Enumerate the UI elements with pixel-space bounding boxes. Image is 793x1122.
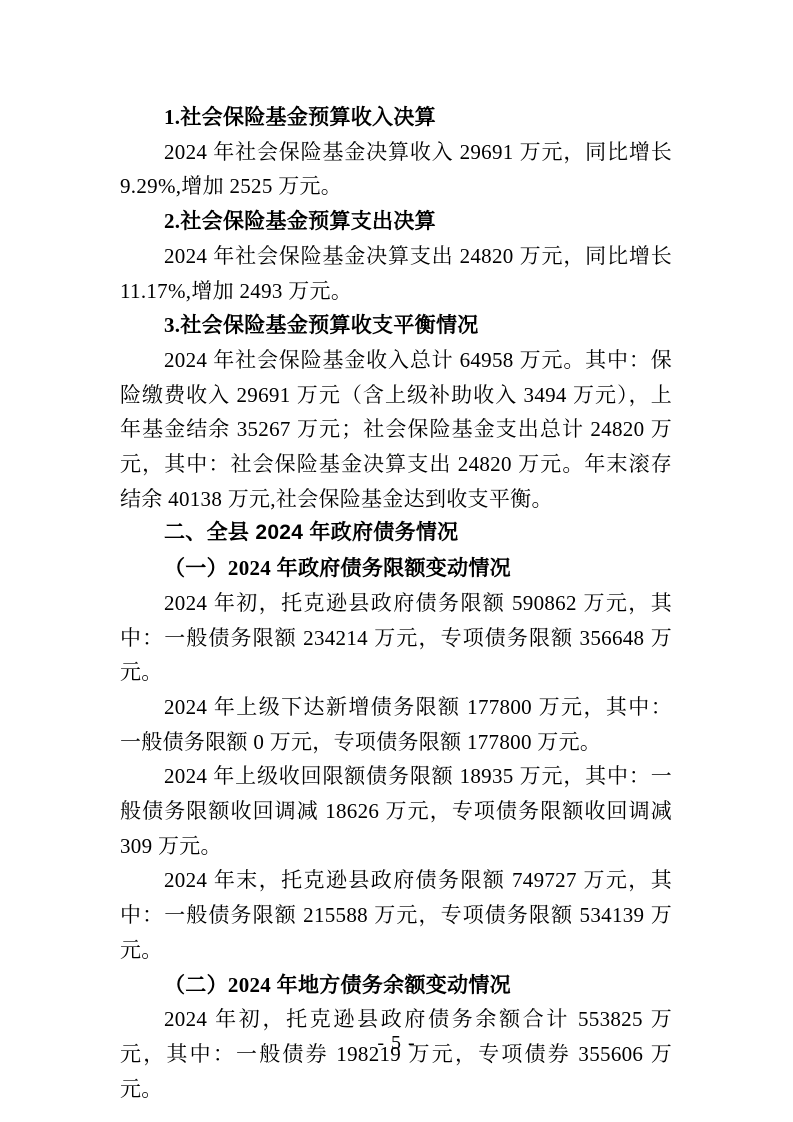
- para-debt-limit-new-issued: 2024 年上级下达新增债务限额 177800 万元，其中：一般债务限额 0 万…: [120, 690, 672, 759]
- para-social-fund-expense: 2024 年社会保险基金决算支出 24820 万元，同比增长 11.17%,增加…: [120, 239, 672, 308]
- heading-debt-limit-changes: （一）2024 年政府债务限额变动情况: [120, 551, 672, 586]
- document-page: 1.社会保险基金预算收入决算 2024 年社会保险基金决算收入 29691 万元…: [0, 0, 793, 1122]
- heading-social-fund-income: 1.社会保险基金预算收入决算: [120, 100, 672, 135]
- para-debt-limit-end-of-year: 2024 年末，托克逊县政府债务限额 749727 万元，其中：一般债务限额 2…: [120, 863, 672, 967]
- para-social-fund-balance: 2024 年社会保险基金收入总计 64958 万元。其中：保险缴费收入 2969…: [120, 343, 672, 517]
- page-number: - 5 -: [0, 1032, 793, 1055]
- para-social-fund-income: 2024 年社会保险基金决算收入 29691 万元，同比增长 9.29%,增加 …: [120, 135, 672, 204]
- para-debt-limit-start-of-year: 2024 年初，托克逊县政府债务限额 590862 万元，其中：一般债务限额 2…: [120, 586, 672, 690]
- para-debt-limit-recalled: 2024 年上级收回限额债务限额 18935 万元，其中：一般债务限额收回调减 …: [120, 759, 672, 863]
- heading-social-fund-balance: 3.社会保险基金预算收支平衡情况: [120, 308, 672, 343]
- heading-social-fund-expense: 2.社会保险基金预算支出决算: [120, 204, 672, 239]
- heading-section-government-debt: 二、全县 2024 年政府债务情况: [120, 516, 672, 551]
- document-body: 1.社会保险基金预算收入决算 2024 年社会保险基金决算收入 29691 万元…: [120, 100, 672, 1106]
- heading-debt-balance-changes: （二）2024 年地方债务余额变动情况: [120, 968, 672, 1003]
